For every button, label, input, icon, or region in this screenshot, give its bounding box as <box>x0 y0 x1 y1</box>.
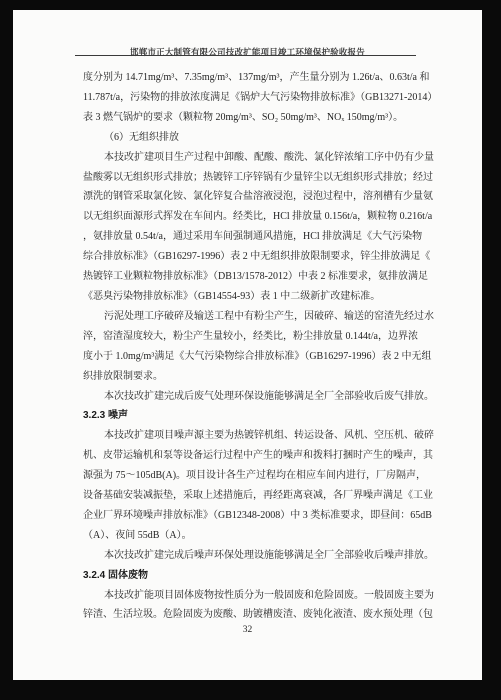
text-line: 锌渣、生活垃圾。危险固废为废酸、助镀槽废渣、废钝化液渣、废水预处理（包 <box>83 605 419 625</box>
page-footer: 32 <box>13 625 482 635</box>
text-line: 11.787t/a，污染物的排放浓度满足《锅炉大气污染物排放标准》（GB1327… <box>83 88 419 108</box>
scanned-page-viewport: 邯郸市正大制管有限公司技改扩能项目竣工环境保护验收报告 度分别为 14.71mg… <box>0 0 501 700</box>
text-line: （A）、夜间 55dB（A）。 <box>83 526 419 546</box>
text-line: 淬，窑渣湿度较大，粉尘产生量较小，经类比，粉尘排放量 0.144t/a，边界浓 <box>83 327 419 347</box>
text-line: 本技改扩建项目噪声源主要为热镀锌机组、转运设备、风机、空压机、破碎 <box>83 426 419 446</box>
text-line: 本技改扩建项目生产过程中卸酸、配酸、酸洗、氯化锌浓缩工序中仍有少量 <box>83 148 419 168</box>
text-line: 《恶臭污染物排放标准》（GB14554-93）表 1 中二级新扩改建标准。 <box>83 287 419 307</box>
text-line: 综合排放标准》（GB16297-1996）表 2 中无组织排放限制要求，锌尘排放… <box>83 247 419 267</box>
section-heading: 3.2.3 噪声 <box>83 406 419 426</box>
running-header: 邯郸市正大制管有限公司技改扩能项目竣工环境保护验收报告 <box>13 42 482 60</box>
text-line: 热镀锌工业颗粒物排放标准》（DB13/1578-2012）中表 2 标准要求，氨… <box>83 267 419 287</box>
document-body: 度分别为 14.71mg/m³、7.35mg/m³、137mg/m³，产生量分别… <box>83 68 419 625</box>
header-rule <box>75 55 416 56</box>
text-line: 度分别为 14.71mg/m³、7.35mg/m³、137mg/m³，产生量分别… <box>83 68 419 88</box>
text-line: 盐酸雾以无组织形式排放；热镀锌工序锌锅有少量锌尘以无组织形式排放；经过 <box>83 168 419 188</box>
running-header-title: 邯郸市正大制管有限公司技改扩能项目竣工环境保护验收报告 <box>130 46 365 58</box>
section-heading: 3.2.4 固体废物 <box>83 566 419 586</box>
text-line: ，氨排放量 0.54t/a，通过采用车间强制通风措施，HCl 排放满足《大气污染… <box>83 227 419 247</box>
page-number: 32 <box>243 625 253 635</box>
text-line: （6）无组织排放 <box>83 128 419 148</box>
text-line: 表 3 燃气锅炉的要求（颗粒物 20mg/m³、SO₂ 50mg/m³、NOₓ … <box>83 108 419 128</box>
text-line: 度小于 1.0mg/m³满足《大气污染物综合排放标准》（GB16297-1996… <box>83 347 419 367</box>
text-line: 本次技改扩建完成后噪声环保处理设施能够满足全厂全部验收后噪声排放。 <box>83 546 419 566</box>
text-line: 本技改扩能项目固体废物按性质分为一般固废和危险固废。一般固废主要为 <box>83 586 419 606</box>
text-line: 以无组织面源形式挥发在车间内。经类比，HCl 排放量 0.156t/a，颗粒物 … <box>83 207 419 227</box>
text-line: 机、皮带运输机和泵等设备运行过程中产生的噪声和拨料打捆时产生的噪声，其 <box>83 446 419 466</box>
text-line: 织排放限制要求。 <box>83 367 419 387</box>
document-page: 邯郸市正大制管有限公司技改扩能项目竣工环境保护验收报告 度分别为 14.71mg… <box>13 10 482 680</box>
text-line: 源强为 75～105dB(A)。项目设计各生产过程均在相应车间内进行，厂房隔声， <box>83 466 419 486</box>
text-line: 漂洗的钢管采取氯化铵、氯化锌复合盐溶液浸泡，浸泡过程中，溶剂槽有少量氨 <box>83 187 419 207</box>
text-line: 企业厂界环境噪声排放标准》（GB12348-2008）中 3 类标准要求，即昼间… <box>83 506 419 526</box>
text-line: 设备基础安装减振垫，采取上述措施后，再经距离衰减，各厂界噪声满足《工业 <box>83 486 419 506</box>
text-line: 污泥处理工序破碎及输送工程中有粉尘产生，因破碎、输送的窑渣先经过水 <box>83 307 419 327</box>
text-line: 本次技改扩建完成后废气处理环保设施能够满足全厂全部验收后废气排放。 <box>83 387 419 407</box>
